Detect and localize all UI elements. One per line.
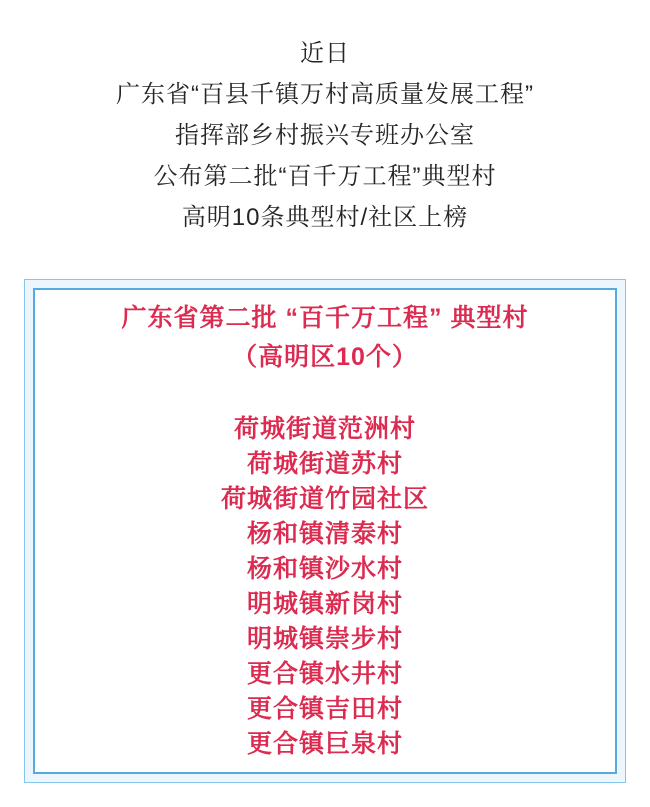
intro-line: 指挥部乡村振兴专班办公室: [0, 115, 650, 156]
village-list-item: 荷城街道苏村: [45, 447, 605, 482]
blank-line-spacer: [45, 377, 605, 412]
village-list-item: 荷城街道范洲村: [45, 412, 605, 447]
typical-villages-box: 广东省第二批 “百千万工程” 典型村 （高明区10个） 荷城街道范洲村 荷城街道…: [24, 279, 626, 783]
village-list-item: 更合镇吉田村: [45, 692, 605, 727]
village-list-item: 荷城街道竹园社区: [45, 482, 605, 517]
village-list-item: 杨和镇清泰村: [45, 517, 605, 552]
village-list-item: 更合镇水井村: [45, 657, 605, 692]
village-list: 荷城街道范洲村 荷城街道苏村 荷城街道竹园社区 杨和镇清泰村 杨和镇沙水村 明城…: [45, 412, 605, 762]
village-list-item: 明城镇新岗村: [45, 587, 605, 622]
intro-line: 近日: [0, 33, 650, 74]
intro-text-block: 近日 广东省“百县千镇万村高质量发展工程” 指挥部乡村振兴专班办公室 公布第二批…: [0, 0, 650, 238]
box-title-line2: （高明区10个）: [45, 338, 605, 377]
village-list-item: 明城镇崇步村: [45, 622, 605, 657]
intro-line: 广东省“百县千镇万村高质量发展工程”: [0, 74, 650, 115]
village-list-item: 更合镇巨泉村: [45, 727, 605, 762]
intro-line: 公布第二批“百千万工程”典型村: [0, 156, 650, 197]
box-title-line1: 广东省第二批 “百千万工程” 典型村: [45, 299, 605, 338]
village-list-item: 杨和镇沙水村: [45, 552, 605, 587]
article-body: 近日 广东省“百县千镇万村高质量发展工程” 指挥部乡村振兴专班办公室 公布第二批…: [0, 0, 650, 783]
typical-villages-box-inner: 广东省第二批 “百千万工程” 典型村 （高明区10个） 荷城街道范洲村 荷城街道…: [33, 288, 617, 774]
intro-line: 高明10条典型村/社区上榜: [0, 197, 650, 238]
